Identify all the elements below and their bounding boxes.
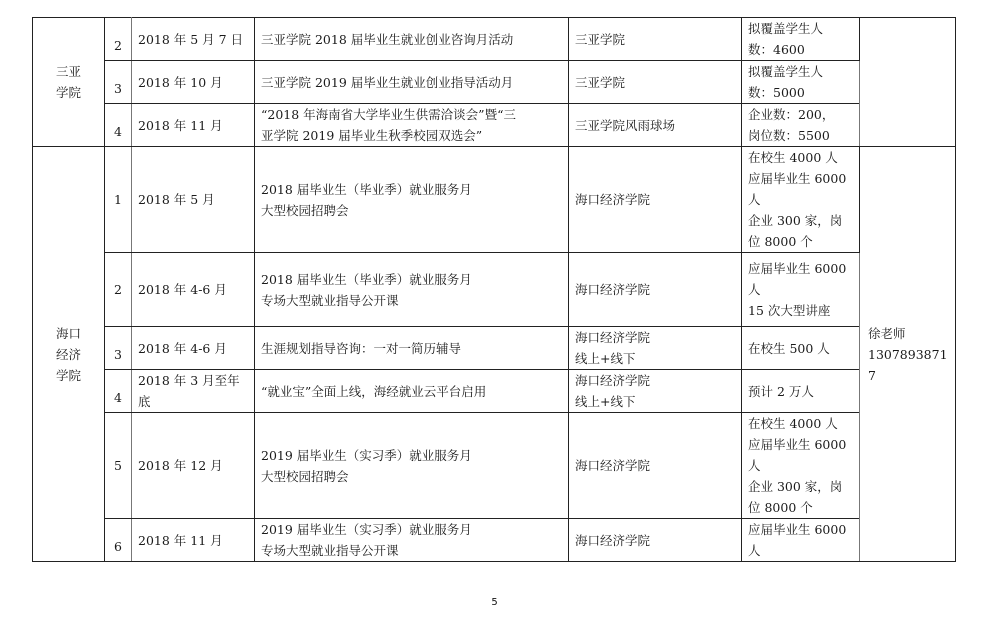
scale-line: 15 次大型讲座 (748, 300, 853, 321)
school-name-line: 海口 (39, 323, 98, 344)
location-line: 线上+线下 (575, 348, 735, 369)
scale-line: 应届毕业生 6000 (748, 168, 853, 189)
activity-line: 2018 届毕业生（毕业季）就业服务月 (261, 269, 562, 290)
row-index: 4 (105, 370, 132, 413)
scale-line: 拟覆盖学生人 (748, 61, 853, 82)
scale-line: 在校生 500 人 (748, 338, 853, 359)
row-index: 5 (105, 413, 132, 519)
row-index: 2 (105, 253, 132, 327)
school-cell-haikou: 海口 经济 学院 (33, 147, 105, 562)
row-activity: 三亚学院 2019 届毕业生就业创业指导活动月 (255, 61, 569, 104)
row-scale: 应届毕业生 6000 人 (742, 519, 860, 562)
school-name-line: 学院 (39, 365, 98, 386)
location-line: 海口经济学院 (575, 530, 735, 551)
row-date: 2018 年 5 月 (132, 147, 255, 253)
row-scale: 在校生 4000 人 应届毕业生 6000 人 企业 300 家，岗 位 800… (742, 413, 860, 519)
school-name-line: 学院 (39, 82, 98, 103)
row-activity: 生涯规划指导咨询：一对一简历辅导 (255, 327, 569, 370)
location-line: 海口经济学院 (575, 189, 735, 210)
row-location: 海口经济学院 (569, 147, 742, 253)
location-line: 三亚学院 (575, 72, 735, 93)
row-activity: 2018 届毕业生（毕业季）就业服务月 专场大型就业指导公开课 (255, 253, 569, 327)
row-activity: 三亚学院 2018 届毕业生就业创业咨询月活动 (255, 18, 569, 61)
location-line: 三亚学院风雨球场 (575, 115, 735, 136)
activity-line: “2018 年海南省大学毕业生供需洽谈会”暨“三 (261, 104, 562, 125)
scale-line: 人 (748, 189, 853, 210)
row-location: 海口经济学院 (569, 413, 742, 519)
scale-line: 人 (748, 279, 853, 300)
row-location: 三亚学院 (569, 18, 742, 61)
scale-line: 在校生 4000 人 (748, 147, 853, 168)
scale-line: 数：5000 (748, 82, 853, 103)
table-row: 4 2018 年 11 月 “2018 年海南省大学毕业生供需洽谈会”暨“三 亚… (33, 104, 956, 147)
activity-line: 三亚学院 2018 届毕业生就业创业咨询月活动 (261, 29, 562, 50)
row-activity: “2018 年海南省大学毕业生供需洽谈会”暨“三 亚学院 2019 届毕业生秋季… (255, 104, 569, 147)
table-row: 3 2018 年 10 月 三亚学院 2019 届毕业生就业创业指导活动月 三亚… (33, 61, 956, 104)
scale-line: 应届毕业生 6000 (748, 434, 853, 455)
contact-cell-sanya (860, 18, 956, 147)
scale-line: 应届毕业生 6000 (748, 519, 853, 540)
table-row: 6 2018 年 11 月 2019 届毕业生（实习季）就业服务月 专场大型就业… (33, 519, 956, 562)
contact-phone: 13078938717 (868, 344, 949, 386)
activity-line: 2019 届毕业生（实习季）就业服务月 (261, 519, 562, 540)
row-date: 2018 年 4-6 月 (132, 327, 255, 370)
row-scale: 在校生 4000 人 应届毕业生 6000 人 企业 300 家，岗 位 800… (742, 147, 860, 253)
school-name-line: 经济 (39, 344, 98, 365)
row-activity: “就业宝”全面上线，海经就业云平台启用 (255, 370, 569, 413)
scale-line: 预计 2 万人 (748, 381, 853, 402)
activity-line: 2018 届毕业生（毕业季）就业服务月 (261, 179, 562, 200)
scale-line: 在校生 4000 人 (748, 413, 853, 434)
contact-name: 徐老师 (868, 323, 949, 344)
activity-line: 专场大型就业指导公开课 (261, 540, 562, 561)
activity-line: 专场大型就业指导公开课 (261, 290, 562, 311)
activity-line: 2019 届毕业生（实习季）就业服务月 (261, 445, 562, 466)
row-index: 3 (105, 61, 132, 104)
row-date: 2018 年 10 月 (132, 61, 255, 104)
row-location: 三亚学院风雨球场 (569, 104, 742, 147)
scale-line: 应届毕业生 6000 (748, 258, 853, 279)
table-row: 海口 经济 学院 1 2018 年 5 月 2018 届毕业生（毕业季）就业服务… (33, 147, 956, 253)
row-scale: 在校生 500 人 (742, 327, 860, 370)
row-date: 2018 年 5 月 7 日 (132, 18, 255, 61)
activity-line: 生涯规划指导咨询：一对一简历辅导 (261, 338, 562, 359)
scale-line: 位 8000 个 (748, 497, 853, 518)
row-index: 4 (105, 104, 132, 147)
school-cell-sanya: 三亚 学院 (33, 18, 105, 147)
row-location: 海口经济学院 (569, 519, 742, 562)
row-scale: 拟覆盖学生人 数：5000 (742, 61, 860, 104)
scale-line: 人 (748, 455, 853, 476)
school-name-line: 三亚 (39, 61, 98, 82)
scale-line: 企业 300 家，岗 (748, 210, 853, 231)
row-activity: 2019 届毕业生（实习季）就业服务月 专场大型就业指导公开课 (255, 519, 569, 562)
row-index: 3 (105, 327, 132, 370)
row-scale: 应届毕业生 6000 人 15 次大型讲座 (742, 253, 860, 327)
table-row: 2 2018 年 4-6 月 2018 届毕业生（毕业季）就业服务月 专场大型就… (33, 253, 956, 327)
scale-line: 岗位数：5500 (748, 125, 853, 146)
location-line: 海口经济学院 (575, 455, 735, 476)
location-line: 海口经济学院 (575, 370, 735, 391)
scale-line: 企业数：200， (748, 104, 853, 125)
activity-line: 亚学院 2019 届毕业生秋季校园双选会” (261, 125, 562, 146)
location-line: 海口经济学院 (575, 279, 735, 300)
scale-line: 位 8000 个 (748, 231, 853, 252)
row-scale: 预计 2 万人 (742, 370, 860, 413)
row-scale: 企业数：200， 岗位数：5500 (742, 104, 860, 147)
activity-line: 大型校园招聘会 (261, 200, 562, 221)
scale-line: 拟覆盖学生人 (748, 18, 853, 39)
contact-cell-haikou: 徐老师 13078938717 (860, 147, 956, 562)
row-date: 2018 年 4-6 月 (132, 253, 255, 327)
activity-line: 三亚学院 2019 届毕业生就业创业指导活动月 (261, 72, 562, 93)
row-index: 6 (105, 519, 132, 562)
activity-line: “就业宝”全面上线，海经就业云平台启用 (261, 381, 562, 402)
row-activity: 2018 届毕业生（毕业季）就业服务月 大型校园招聘会 (255, 147, 569, 253)
row-date: 2018 年 3 月至年底 (132, 370, 255, 413)
row-date: 2018 年 11 月 (132, 519, 255, 562)
location-line: 三亚学院 (575, 29, 735, 50)
scale-line: 数：4600 (748, 39, 853, 60)
scale-line: 人 (748, 540, 853, 561)
table-row: 5 2018 年 12 月 2019 届毕业生（实习季）就业服务月 大型校园招聘… (33, 413, 956, 519)
activity-schedule-table: 三亚 学院 2 2018 年 5 月 7 日 三亚学院 2018 届毕业生就业创… (32, 17, 956, 562)
activity-line: 大型校园招聘会 (261, 466, 562, 487)
table-row: 3 2018 年 4-6 月 生涯规划指导咨询：一对一简历辅导 海口经济学院 线… (33, 327, 956, 370)
location-line: 线上+线下 (575, 391, 735, 412)
table-body: 三亚 学院 2 2018 年 5 月 7 日 三亚学院 2018 届毕业生就业创… (33, 18, 956, 562)
row-location: 三亚学院 (569, 61, 742, 104)
row-index: 2 (105, 18, 132, 61)
row-date: 2018 年 11 月 (132, 104, 255, 147)
location-line: 海口经济学院 (575, 327, 735, 348)
row-location: 海口经济学院 (569, 253, 742, 327)
row-index: 1 (105, 147, 132, 253)
row-date: 2018 年 12 月 (132, 413, 255, 519)
row-scale: 拟覆盖学生人 数：4600 (742, 18, 860, 61)
table-row: 4 2018 年 3 月至年底 “就业宝”全面上线，海经就业云平台启用 海口经济… (33, 370, 956, 413)
row-location: 海口经济学院 线上+线下 (569, 370, 742, 413)
document-page: 三亚 学院 2 2018 年 5 月 7 日 三亚学院 2018 届毕业生就业创… (0, 0, 989, 619)
scale-line: 企业 300 家，岗 (748, 476, 853, 497)
row-activity: 2019 届毕业生（实习季）就业服务月 大型校园招聘会 (255, 413, 569, 519)
row-location: 海口经济学院 线上+线下 (569, 327, 742, 370)
page-number: 5 (0, 597, 989, 608)
table-row: 三亚 学院 2 2018 年 5 月 7 日 三亚学院 2018 届毕业生就业创… (33, 18, 956, 61)
